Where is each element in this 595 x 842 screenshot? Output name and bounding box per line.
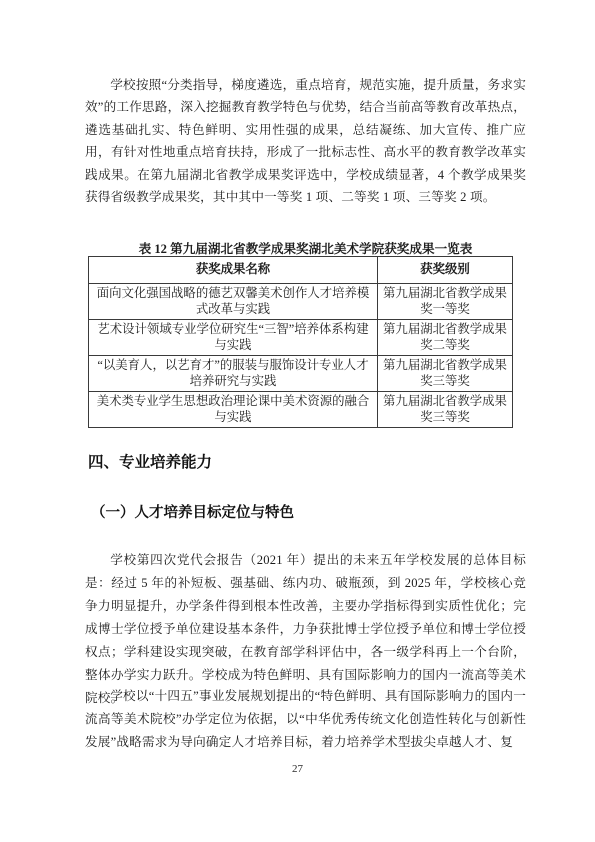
cell-achievement-name: “以美育人，以艺育才”的服装与服饰设计专业人才培养研究与实践 [89,356,378,392]
section-heading-professional-training-capability: 四、专业培养能力 [88,450,212,472]
subsection-heading-talent-goal-positioning: （一）人才培养目标定位与特色 [91,501,294,522]
table-row: 美术类专业学生思想政治理论课中美术资源的融合与实践 第九届湖北省教学成果奖三等奖 [89,392,513,428]
paragraph-teaching-achievements: 学校按照“分类指导，梯度遴选，重点培育，规范实施，提升质量，务求实效”的工作思路… [85,74,526,208]
table-header-row: 获奖成果名称 获奖级别 [89,257,513,284]
table-row: 艺术设计领域专业学位研究生“三智”培养体系构建与实践 第九届湖北省教学成果奖二等… [89,320,513,356]
cell-achievement-name: 艺术设计领域专业学位研究生“三智”培养体系构建与实践 [89,320,378,356]
table-row: 面向文化强国战略的德艺双馨美术创作人才培养模式改革与实践 第九届湖北省教学成果奖… [89,284,513,320]
awards-table: 获奖成果名称 获奖级别 面向文化强国战略的德艺双馨美术创作人才培养模式改革与实践… [88,256,513,428]
cell-award-level: 第九届湖北省教学成果奖三等奖 [378,392,513,428]
cell-award-level: 第九届湖北省教学成果奖三等奖 [378,356,513,392]
table-row: “以美育人，以艺育才”的服装与服饰设计专业人才培养研究与实践 第九届湖北省教学成… [89,356,513,392]
cell-award-level: 第九届湖北省教学成果奖二等奖 [378,320,513,356]
document-page: 学校按照“分类指导，梯度遴选，重点培育，规范实施，提升质量，务求实效”的工作思路… [0,0,595,842]
cell-achievement-name: 美术类专业学生思想政治理论课中美术资源的融合与实践 [89,392,378,428]
column-header-award-level: 获奖级别 [378,257,513,284]
page-number: 27 [0,763,595,775]
cell-award-level: 第九届湖北省教学成果奖一等奖 [378,284,513,320]
column-header-achievement-name: 获奖成果名称 [89,257,378,284]
paragraph-training-orientation: 学校以“十四五”事业发展规划提出的“特色鲜明、具有国际影响力的国内一流高等美术院… [85,685,526,754]
table-caption: 表 12 第九届湖北省教学成果奖湖北美术学院获奖成果一览表 [85,238,526,257]
cell-achievement-name: 面向文化强国战略的德艺双馨美术创作人才培养模式改革与实践 [89,284,378,320]
